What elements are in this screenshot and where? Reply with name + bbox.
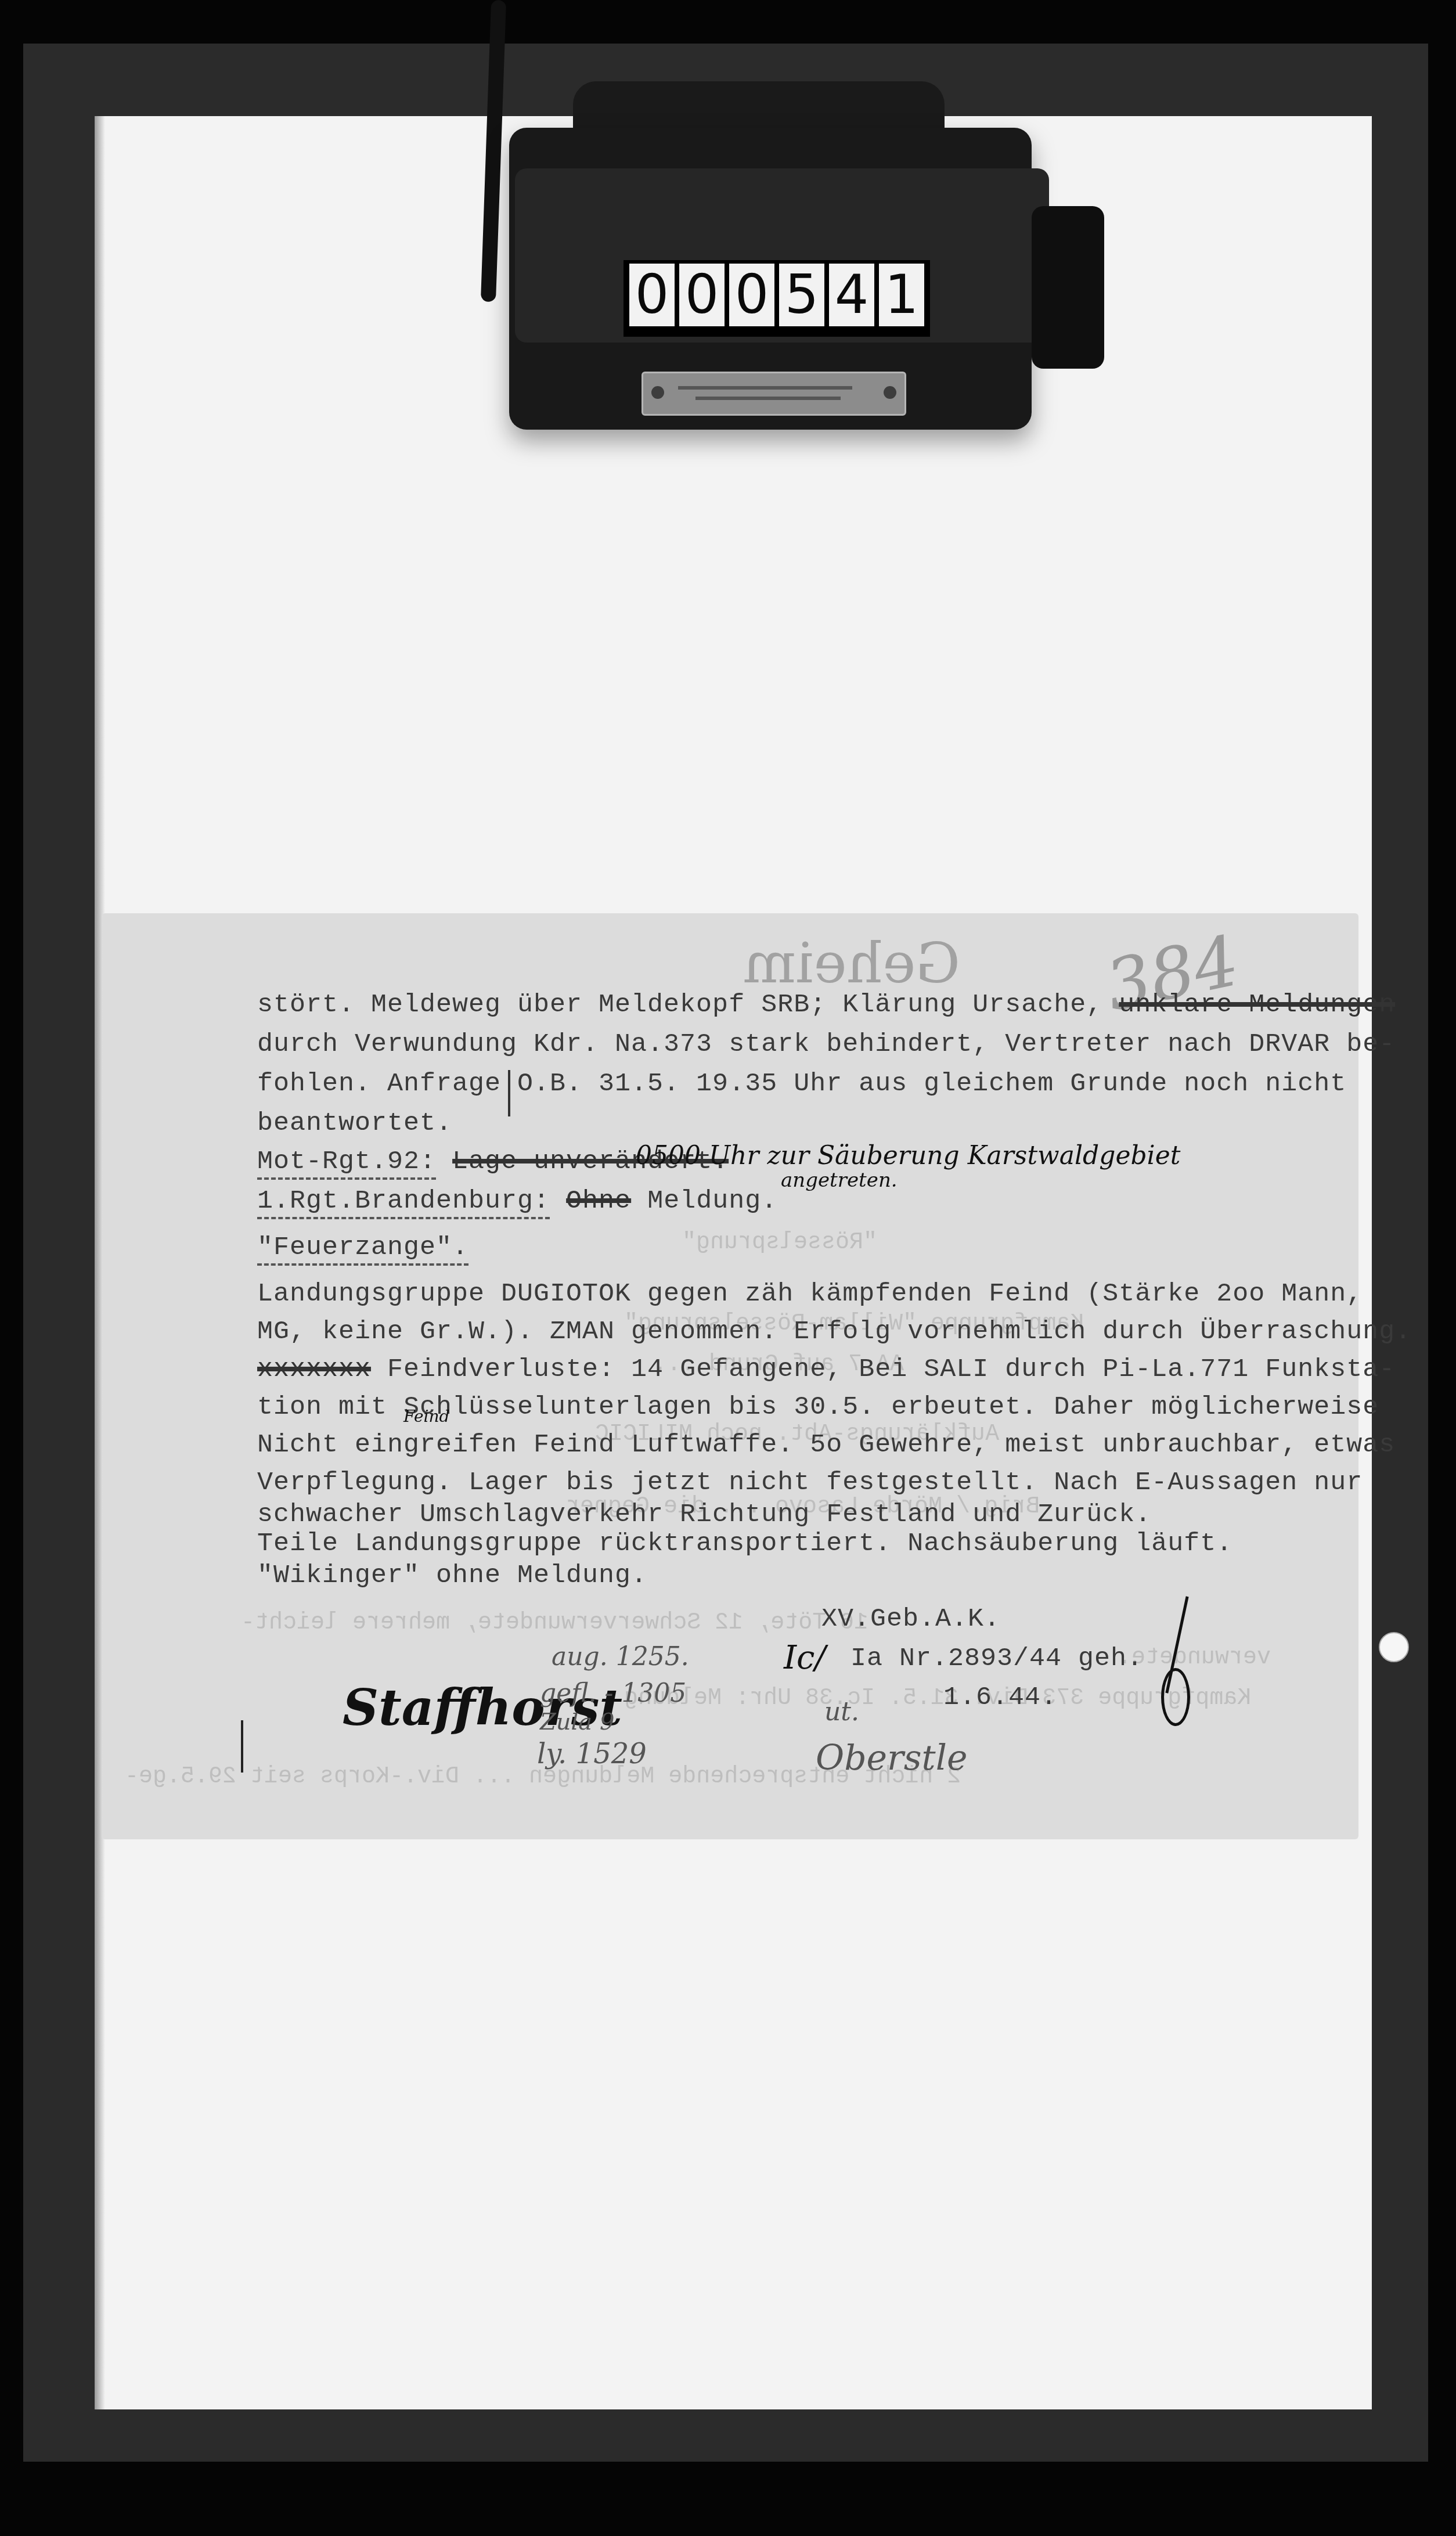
handwritten-initials: ut.	[824, 1697, 859, 1727]
reference-number: Ia Nr.2893/44 geh.	[850, 1644, 1143, 1673]
unit-signature: XV.Geb.A.K.	[821, 1604, 1000, 1634]
text-line: beantwortet.	[257, 1108, 452, 1138]
signature-right: Oberstle	[816, 1738, 967, 1778]
document-date: 1.6.44.	[943, 1683, 1057, 1712]
counter-band: 0 0 0 5 4 1	[515, 168, 1049, 343]
handwritten-note: 0500 Uhr zur Säuberung Karstwaldgebiet	[636, 1141, 1180, 1170]
frame-counter: 0 0 0 5 4 1	[509, 81, 1043, 435]
brandenburg-line: 1.Rgt.Brandenburg: Ohne Meldung.	[257, 1186, 777, 1216]
screw-icon	[884, 386, 896, 399]
text-line: fohlen. Anfrage O.B. 31.5. 19.35 Uhr aus…	[257, 1069, 1346, 1098]
punch-hole	[1379, 1632, 1409, 1662]
document-page: "Rösselsprung" Kampfgruppe "Willam-Rösse…	[102, 913, 1358, 1839]
text-line: "Wikinger" ohne Meldung.	[257, 1561, 647, 1590]
struck-text: Ohne	[566, 1186, 631, 1216]
bleed-through-text: "Rösselsprung"	[682, 1230, 877, 1256]
nameplate-text	[678, 386, 852, 390]
unit-label: Mot-Rgt.92:	[257, 1147, 436, 1180]
counter-digit: 0	[629, 264, 675, 326]
text-line: MG, keine Gr.W.). ZMAN genommen. Erfolg …	[257, 1317, 1411, 1346]
screw-icon	[651, 386, 664, 399]
text-line: Nicht eingreifen Feind Luftwaffe. 5o Gew…	[257, 1430, 1395, 1460]
handwritten-time: gefl. - 1305	[540, 1678, 686, 1708]
text-line: Landungsgruppe DUGIOTOK gegen zäh kämpfe…	[257, 1279, 1363, 1309]
paraph-loop	[1161, 1668, 1190, 1726]
counter-nameplate	[641, 372, 906, 416]
text-line: Teile Landungsgruppe rücktransportiert. …	[257, 1529, 1232, 1558]
counter-digit: 5	[779, 264, 824, 326]
bleed-through-text: Kampfgruppe 373 Div. 31.5. Ic.38 Uhr: Me…	[624, 1685, 1251, 1712]
counter-digit: 0	[679, 264, 725, 326]
text-line: Verpflegung. Lager bis jetzt nicht festg…	[257, 1468, 1363, 1497]
counter-reset-knob	[1032, 206, 1104, 369]
counter-digit-window: 0 0 0 5 4 1	[624, 260, 930, 337]
unit-label: 1.Rgt.Brandenburg:	[257, 1186, 550, 1219]
text-line: schwacher Umschlagverkehr Richtung Festl…	[257, 1500, 1151, 1529]
geheim-stamp: Geheim	[743, 931, 960, 996]
margin-mark	[241, 1720, 243, 1773]
text-line: durch Verwundung Kdr. Na.373 stark behin…	[257, 1029, 1395, 1059]
handwritten-note: angetreten.	[781, 1169, 898, 1192]
handwritten-ref-prefix: Ic/	[784, 1639, 826, 1677]
struck-text: unklare Meldungen	[1119, 990, 1395, 1020]
handwritten-time: Zula 9	[540, 1709, 614, 1735]
margin-mark	[508, 1070, 510, 1116]
counter-digit: 4	[829, 264, 874, 326]
struck-text: xxxxxxx	[257, 1355, 371, 1384]
handwritten-time: aug. 1255.	[552, 1642, 689, 1672]
text-line: stört. Meldeweg über Meldekopf SRB; Klär…	[257, 990, 1395, 1020]
text-line: xxxxxxx Feindverluste: 14 Gefangene, Bei…	[257, 1355, 1395, 1384]
bleed-through-text: 16 Töte, 12 Schwerverwundete, mehrere le…	[241, 1610, 868, 1636]
counter-digit: 0	[729, 264, 774, 326]
nameplate-text	[695, 397, 841, 400]
handwritten-insert: Feind	[403, 1407, 449, 1426]
operation-label: "Feuerzange".	[257, 1233, 468, 1266]
handwritten-time: ly. 1529	[537, 1738, 647, 1770]
counter-digit: 1	[879, 264, 924, 326]
feuerzange-line: "Feuerzange".	[257, 1233, 468, 1262]
